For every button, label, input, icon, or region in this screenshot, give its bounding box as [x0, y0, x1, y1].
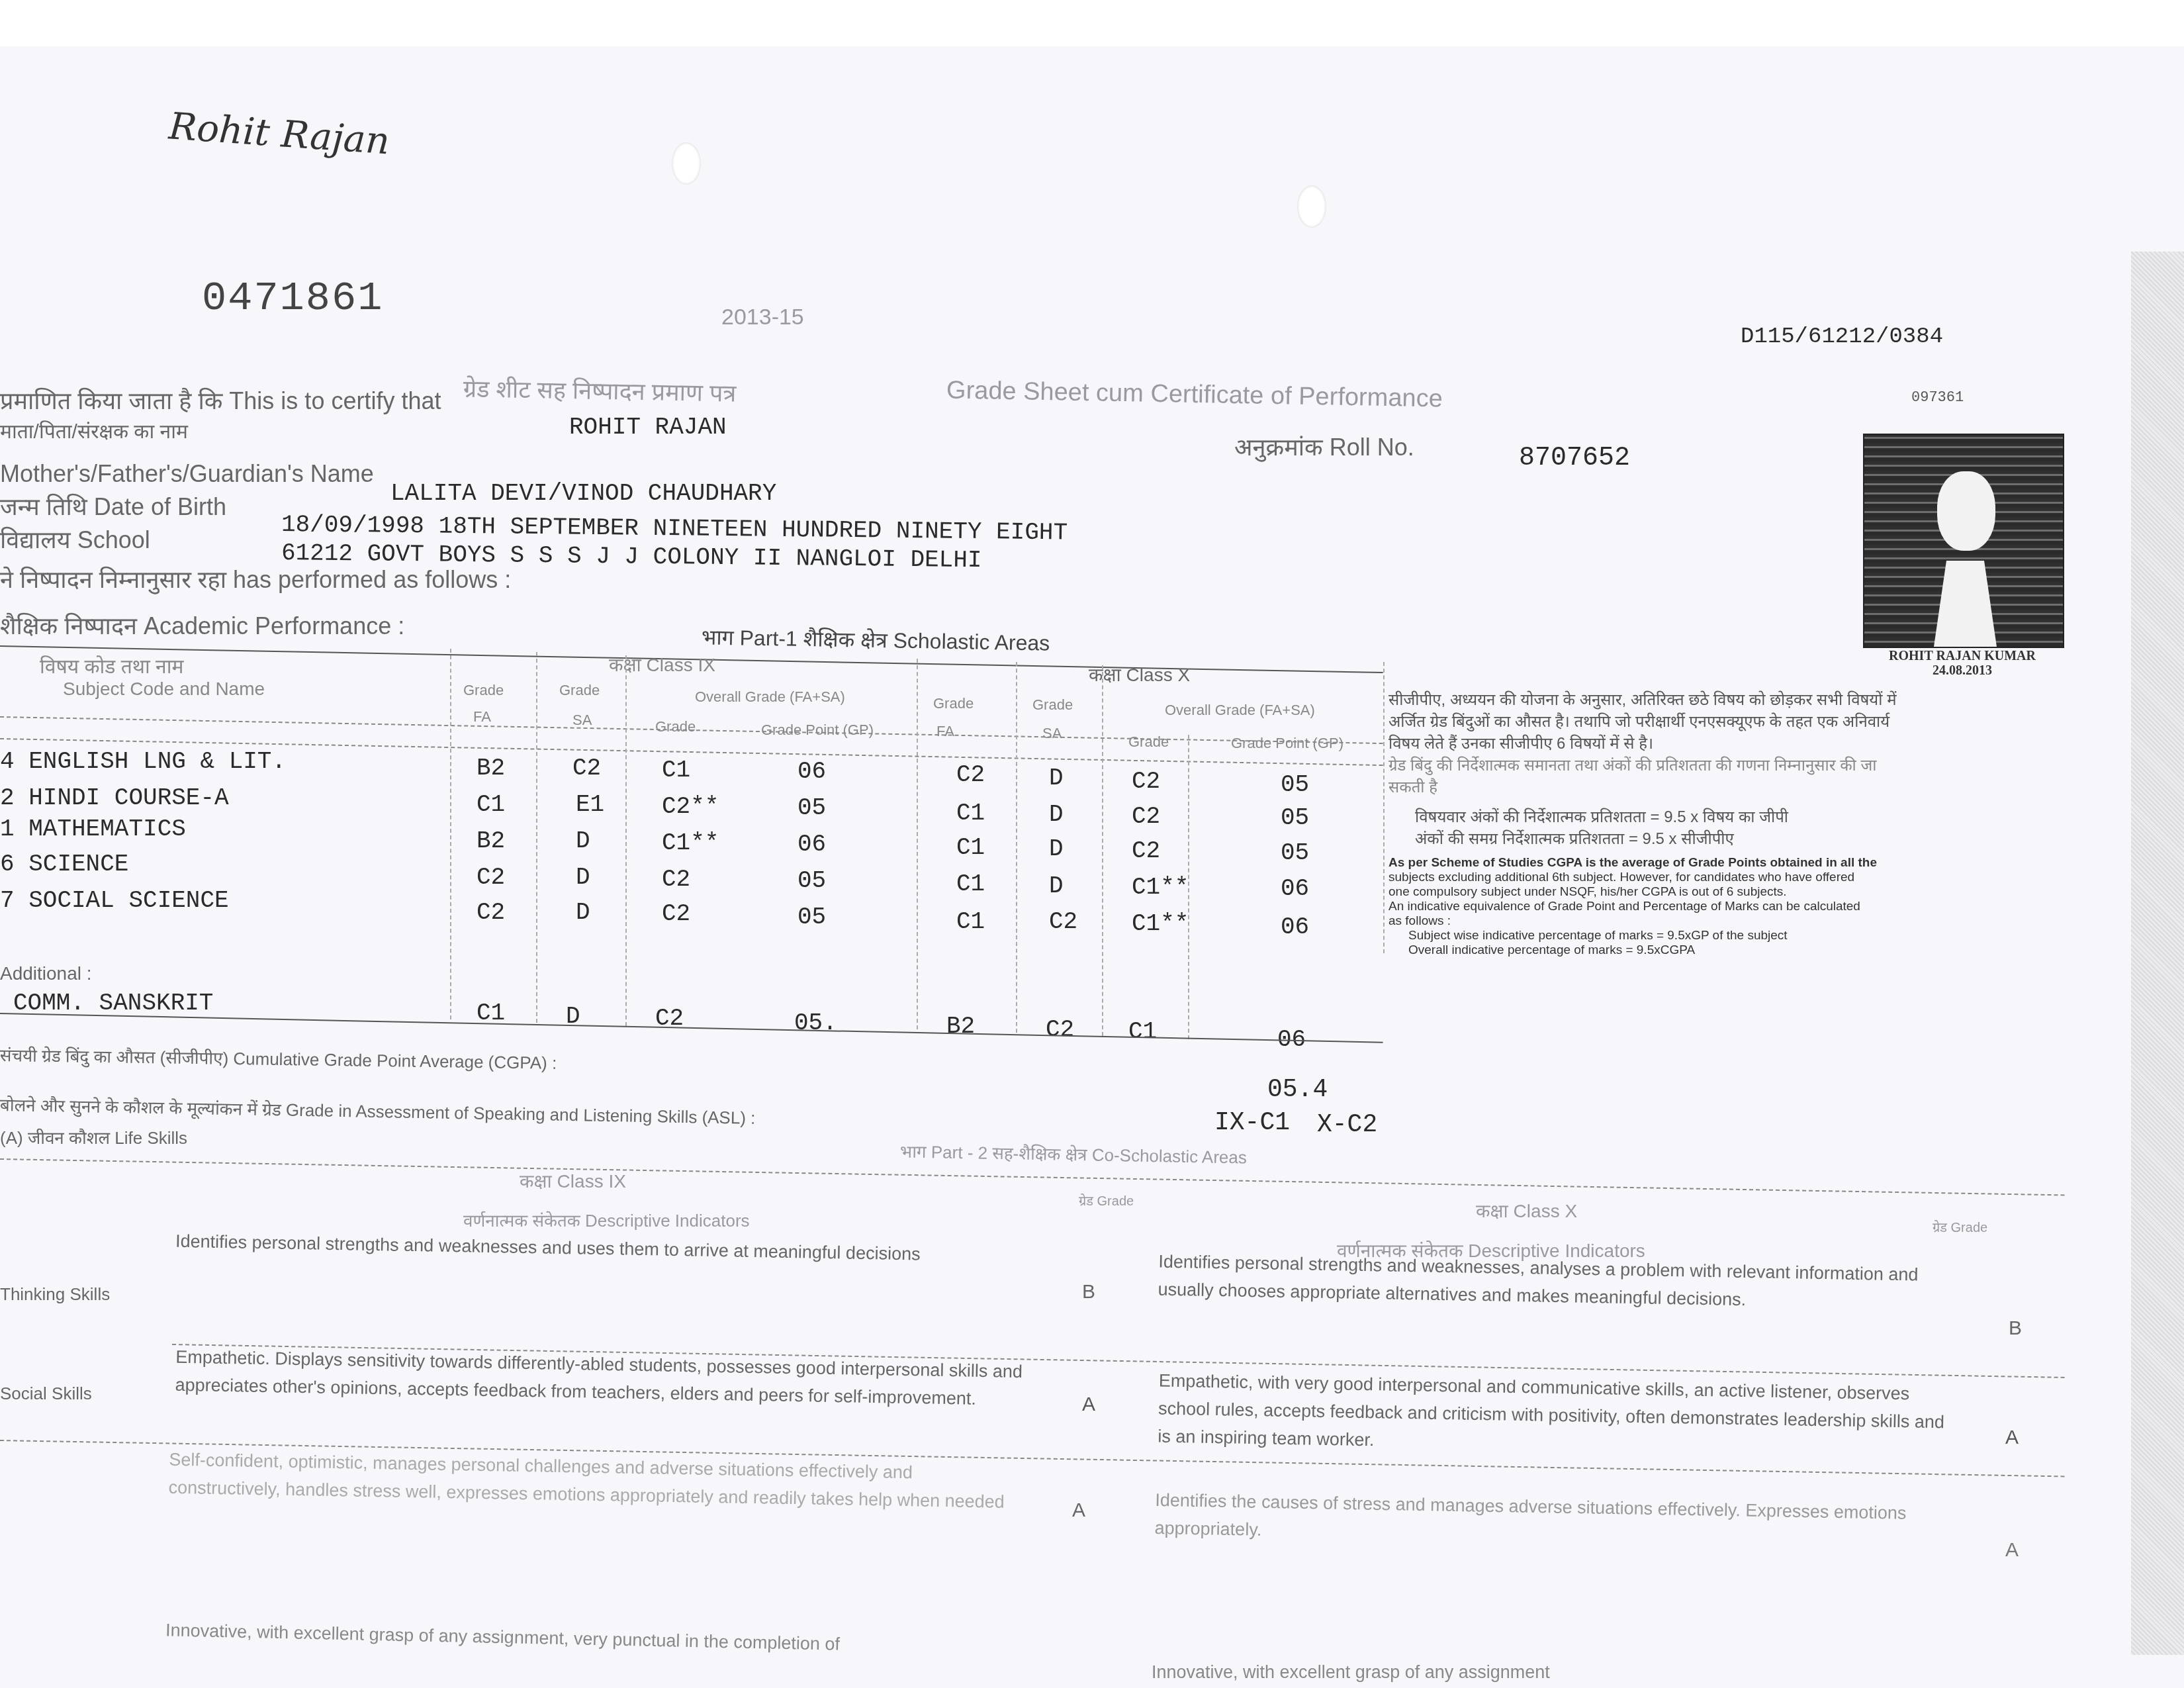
- co-x-grade-header: ग्रेड Grade: [1933, 1218, 1987, 1236]
- guardian-label: Mother's/Father's/Guardian's Name: [0, 460, 374, 488]
- ix-gp: 05: [797, 867, 826, 894]
- subject-name: 4 ENGLISH LNG & LIT.: [0, 748, 286, 775]
- photo-id: 097361: [1911, 389, 1964, 406]
- ix-grade: C1**: [662, 829, 719, 857]
- subject-header: Subject Code and Name: [63, 679, 265, 700]
- ix-grade-social: A: [1082, 1393, 1095, 1416]
- part2-title: भाग Part - 2 सह-शैक्षिक क्षेत्र Co-Schol…: [900, 1139, 1248, 1168]
- ix-grade: C2: [662, 866, 690, 893]
- x-sa-grade-header: Grade: [1032, 696, 1073, 714]
- ix-fa: B2: [477, 827, 505, 855]
- col-divider: [1016, 662, 1017, 1033]
- x-fa: B2: [946, 1013, 975, 1040]
- x-fa-grade-header: Grade: [933, 695, 974, 712]
- note-en-line: subjects excluding additional 6th subjec…: [1388, 870, 2070, 885]
- x-gp: 06: [1281, 914, 1309, 941]
- part1-title: भाग Part-1 शैक्षिक क्षेत्र Scholastic Ar…: [702, 622, 1050, 657]
- ix-indicator-thinking: Identifies personal strengths and weakne…: [175, 1227, 1030, 1270]
- x-overall-header: Overall Grade (FA+SA): [1165, 702, 1315, 719]
- note-en-line: As per Scheme of Studies CGPA is the ave…: [1388, 856, 2070, 870]
- subject-name: 1 MATHEMATICS: [0, 816, 186, 843]
- x-gp: 05: [1281, 839, 1309, 867]
- photo-caption-name: ROHIT RAJAN KUMAR: [1863, 649, 2062, 664]
- ix-sa-header: SA: [572, 712, 592, 729]
- candidate-photo: [1863, 434, 2064, 648]
- co-class-ix-header: कक्षा Class IX: [520, 1168, 626, 1194]
- ix-sa: D: [576, 899, 590, 926]
- cgpa-value: 05.4: [1267, 1076, 1328, 1104]
- ix-fa-grade-header: Grade: [463, 682, 504, 699]
- subject-name: 7 SOCIAL SCIENCE: [0, 887, 229, 914]
- photo-caption-date: 24.08.2013: [1863, 663, 2062, 679]
- guardian-label-hindi: माता/पिता/संरक्षक का नाम: [0, 417, 188, 444]
- scan-top-margin: [0, 0, 2184, 46]
- dob-label: जन्म तिथि Date of Birth: [0, 490, 226, 522]
- x-indicator-thinking: Identifies personal strengths and weakne…: [1158, 1248, 1952, 1317]
- document-title-hindi: ग्रेड शीट सह निष्पादन प्रमाण पत्र: [463, 371, 737, 408]
- x-fa: C1: [956, 834, 985, 861]
- roll-number: 8707652: [1519, 444, 1630, 473]
- cgpa-note: सीजीपीए, अध्ययन की योजना के अनुसार, अतिर…: [1388, 688, 2070, 958]
- x-grade-social: A: [2005, 1427, 2019, 1449]
- performed-label: ने निष्पादन निम्नानुसार रहा has performe…: [0, 563, 511, 595]
- note-en-line: one compulsory subject under NSQF, his/h…: [1388, 885, 2070, 900]
- ix-sa: D: [576, 864, 590, 891]
- board-code: D115/61212/0384: [1741, 324, 1943, 350]
- x-fa: C1: [956, 800, 985, 827]
- note-hindi-bullet: विषयवार अंकों की निर्देशात्मक प्रतिशतता …: [1388, 806, 2070, 827]
- ix-indicator-social: Empathetic. Displays sensitivity towards…: [175, 1343, 1036, 1414]
- punch-hole: [672, 142, 701, 185]
- side-label-thinking: Thinking Skills: [0, 1284, 110, 1305]
- subject-header-hindi: विषय कोड तथा नाम: [40, 652, 183, 679]
- subject-name: COMM. SANSKRIT: [13, 990, 213, 1017]
- ix-grade: C2**: [662, 793, 719, 820]
- x-gp: 05: [1281, 771, 1309, 798]
- security-border: [2131, 252, 2184, 1655]
- ix-gp: 05: [797, 794, 826, 821]
- photo-body: [1934, 561, 1997, 647]
- x-fa: C1: [956, 908, 985, 935]
- note-en-line: An indicative equivalence of Grade Point…: [1388, 900, 2070, 914]
- ix-gp-col: Grade Point (GP): [761, 722, 874, 739]
- asl-class-ix: IX-C1: [1214, 1109, 1290, 1137]
- x-indicator-emotional: Identifies the causes of stress and mana…: [1154, 1486, 1916, 1555]
- x-sa-header: SA: [1042, 725, 1062, 742]
- ix-grade-thinking: B: [1082, 1281, 1095, 1303]
- note-hindi-line: ग्रेड बिंदु की निर्देशात्मक समानता तथा अ…: [1388, 754, 2070, 776]
- roll-label: अनुक्रमांक Roll No.: [1234, 430, 1414, 463]
- x-grade: C2: [1132, 803, 1160, 830]
- col-divider: [625, 655, 627, 1026]
- guardian-name: LALITA DEVI/VINOD CHAUDHARY: [390, 480, 776, 507]
- x-grade: C1**: [1132, 874, 1189, 901]
- note-en-bullet: Subject wise indicative percentage of ma…: [1388, 929, 2070, 943]
- col-divider: [450, 649, 451, 1019]
- asl-class-x: X-C2: [1317, 1111, 1377, 1139]
- academic-performance-label: शैक्षिक निष्पादन Academic Performance :: [0, 609, 404, 641]
- ix-grade-emotional: A: [1072, 1499, 1085, 1522]
- subject-name: 6 SCIENCE: [0, 851, 128, 878]
- col-divider: [1383, 662, 1385, 953]
- x-indicator-innovative: Innovative, with excellent grasp of any …: [1152, 1658, 1880, 1686]
- note-hindi-line: विषय लेते हैं उनका सीजीपीए 6 विषयों में …: [1388, 732, 2070, 754]
- x-grade: C2: [1132, 768, 1160, 795]
- document-title: Grade Sheet cum Certificate of Performan…: [946, 376, 1443, 413]
- x-fa: C1: [956, 870, 985, 898]
- x-grade-col: Grade: [1128, 733, 1169, 751]
- photo-face: [1937, 471, 1995, 551]
- col-divider: [917, 659, 918, 1029]
- x-sa: D: [1049, 872, 1064, 900]
- certify-label: प्रमाणित किया जाता है कि This is to cert…: [0, 384, 441, 416]
- class-x-header: कक्षा Class X: [1089, 662, 1190, 687]
- ix-fa: C2: [477, 864, 505, 891]
- candidate-name: ROHIT RAJAN: [569, 414, 727, 441]
- co-ix-indicators-header: वर्णनात्मक संकेतक Descriptive Indicators: [463, 1208, 750, 1232]
- x-gp: 06: [1281, 875, 1309, 902]
- ix-fa: C1: [477, 791, 505, 818]
- ix-fa-header: FA: [473, 708, 491, 726]
- ix-sa: C2: [572, 755, 601, 782]
- x-gp-col: Grade Point (GP): [1231, 735, 1343, 752]
- x-sa: C2: [1046, 1016, 1074, 1043]
- x-grade-emotional: A: [2005, 1539, 2019, 1562]
- note-en-line: as follows :: [1388, 914, 2070, 929]
- x-sa: D: [1049, 765, 1064, 792]
- x-fa: C2: [956, 761, 985, 788]
- ix-fa: B2: [477, 755, 505, 782]
- co-ix-grade-header: ग्रेड Grade: [1079, 1192, 1134, 1209]
- life-skills-label: (A) जीवन कौशल Life Skills: [0, 1125, 187, 1149]
- ix-sa: E1: [576, 791, 604, 818]
- ix-gp: 05: [797, 904, 826, 931]
- x-grade: C2: [1132, 837, 1160, 865]
- x-sa: D: [1049, 801, 1064, 828]
- col-divider: [536, 652, 537, 1023]
- note-hindi-bullet: अंकों की समग्र निर्देशात्मक प्रतिशतता = …: [1388, 827, 2070, 849]
- ix-fa: C2: [477, 899, 505, 926]
- ix-grade: C1: [662, 757, 690, 784]
- serial-number: 0471861: [202, 275, 383, 322]
- cgpa-label: संचयी ग्रेड बिंदु का औसत (सीजीपीए) Cumul…: [0, 1043, 557, 1074]
- ix-sa: D: [576, 827, 590, 855]
- additional-label: Additional :: [0, 963, 92, 984]
- subject-name: 2 HINDI COURSE-A: [0, 784, 229, 812]
- note-en-bullet: Overall indicative percentage of marks =…: [1388, 943, 2070, 958]
- col-divider: [1102, 665, 1103, 1036]
- ix-grade-col: Grade: [655, 718, 696, 735]
- handwritten-signature: Rohit Rajan: [167, 105, 391, 163]
- x-grade: C1**: [1132, 910, 1189, 937]
- x-sa: D: [1049, 835, 1064, 863]
- x-grade: C1: [1128, 1018, 1157, 1045]
- note-hindi-line: सीजीपीए, अध्ययन की योजना के अनुसार, अतिर…: [1388, 688, 2070, 710]
- school-label: विद्यालय School: [0, 523, 150, 555]
- ix-indicator-innovative: Innovative, with excellent grasp of any …: [165, 1616, 1026, 1662]
- x-indicator-social: Empathetic, with very good interpersonal…: [1158, 1367, 1953, 1464]
- ix-overall-header: Overall Grade (FA+SA): [695, 688, 845, 706]
- ix-gp: 05.: [794, 1009, 837, 1037]
- x-gp: 05: [1281, 804, 1309, 831]
- punch-hole: [1297, 185, 1326, 228]
- x-grade-thinking: B: [2009, 1317, 2022, 1340]
- ix-grade: C2: [662, 900, 690, 927]
- ix-gp: 06: [797, 758, 826, 785]
- ix-sa-grade-header: Grade: [559, 682, 600, 699]
- note-hindi-line: सकती है: [1388, 776, 2070, 798]
- x-sa: C2: [1049, 908, 1077, 935]
- ix-gp: 06: [797, 831, 826, 858]
- x-fa-header: FA: [936, 723, 954, 740]
- note-hindi-line: अर्जित ग्रेड बिंदुओं का औसत है। तथापि जो…: [1388, 710, 2070, 732]
- side-label-social: Social Skills: [0, 1383, 92, 1404]
- co-class-x-header: कक्षा Class X: [1476, 1198, 1577, 1223]
- table-bottom-rule: [0, 1013, 1383, 1043]
- asl-label: बोलने और सुनने के कौशल के मूल्यांकन में …: [0, 1092, 756, 1129]
- session: 2013-15: [721, 305, 804, 330]
